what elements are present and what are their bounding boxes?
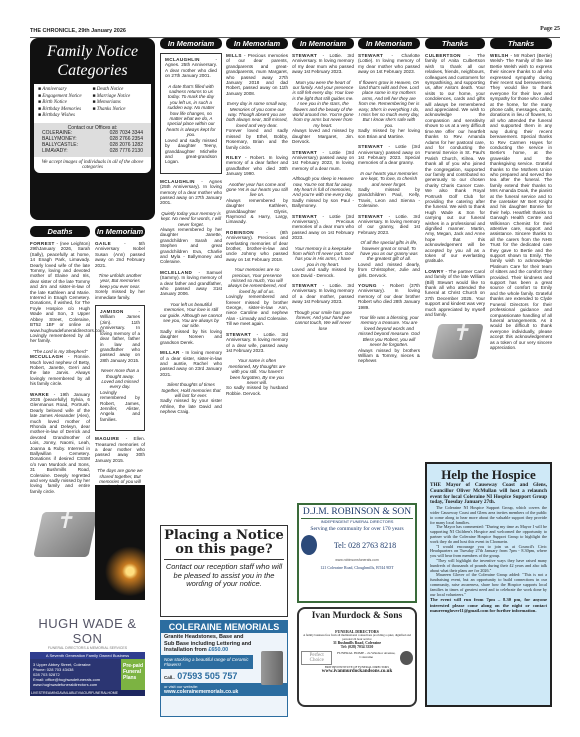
notice-signoff: So sadly missed by husband Robbie. Dervo… bbox=[226, 385, 288, 396]
notice-text: - Mr Robert (Bertie) Welsh- The Family o… bbox=[490, 53, 552, 350]
page-header: THE CHRONICLE, 29th January 2026 Page 25 bbox=[30, 28, 560, 38]
notice-name: LOWRY bbox=[425, 269, 444, 274]
notice-signoff: Lovingly remembered and forever missed b… bbox=[226, 294, 288, 326]
cm-title: COLERAINE MEMORIALS bbox=[161, 621, 287, 633]
notice-entry: STEWART - Charlotte (Lottie). In loving … bbox=[358, 53, 420, 139]
hugh-wade-ad: HUGH WADE & SON FUNERAL DIRECTORS & MEMO… bbox=[30, 600, 145, 705]
djm-address: 121 Coleraine Road, Cloughmills, BT44 9D… bbox=[301, 565, 413, 570]
notice-verse: Though your smile has gone forever, And … bbox=[292, 310, 354, 332]
notice-entry: MILLAR - In loving memory of a dear sist… bbox=[160, 350, 222, 414]
notice-entry: STEWART - Lottie (3rd Anniversary) passe… bbox=[358, 144, 420, 208]
notice-entry: GAILE - 5th Anniversary Isobel Susan (An… bbox=[95, 241, 145, 300]
notice-entry: YOUNG - Robert (37th Anniversary). In lo… bbox=[358, 283, 420, 364]
cm-phone[interactable]: 07593 505 757 bbox=[177, 671, 237, 681]
notice-entry: MILLS - Precious memories of our dear pa… bbox=[226, 53, 288, 150]
headstone-image bbox=[261, 651, 283, 685]
category-item: Thanks Notice bbox=[93, 107, 148, 114]
section-header-in-memoriam: In Memoriam bbox=[358, 38, 420, 49]
notice-name: MCLAUGHLIN bbox=[165, 57, 200, 62]
hugh-wade-tagline: A Seventh Generation Family Owned Busine… bbox=[30, 652, 145, 659]
notice-entry: STEWART - Lottie (3rd Anniversary) passe… bbox=[292, 150, 354, 209]
notice-signoff: Always loved and missed by daughter Marg… bbox=[292, 128, 354, 144]
notice-entry: STEWART - Lottie (3rd Anniversary). Prec… bbox=[292, 214, 354, 278]
notice-entry: MCLELLAND - Samuel (Sammy). In loving me… bbox=[160, 270, 222, 345]
notice-name: YOUNG bbox=[358, 283, 377, 288]
djm-serving: Serving the community for over 170 years bbox=[301, 526, 413, 532]
hospice-title: Help the Hospice bbox=[430, 467, 547, 483]
notice-name: MILLAR bbox=[160, 350, 180, 355]
hospice-paragraph: "I would encourage you to join us at Cou… bbox=[430, 545, 547, 559]
notice-name: CULBERTSON bbox=[425, 53, 461, 58]
contact-offices: Contact our Offices at: COLERAINE:028 70… bbox=[34, 123, 151, 158]
notice-verse: Your name is often mentioned, My thought… bbox=[226, 358, 288, 385]
notice-verse: Never more than a thought away. Loved an… bbox=[100, 368, 140, 390]
notice-signoff: Loved and missed dearly, from Christophe… bbox=[358, 262, 420, 278]
cm-stock: Now stocking a beautiful range of Cerami… bbox=[161, 655, 253, 669]
notice-entry: CULBERTSON - The family of Anita Culbert… bbox=[425, 53, 485, 264]
notice-text: - The partner Carol and family of the la… bbox=[425, 269, 485, 317]
notice-verse: Every day in some small way, Memories of… bbox=[226, 101, 288, 128]
notice-signoff: Forever loved and sadly missed by Ethel,… bbox=[226, 128, 288, 150]
ivan-desc: A family business free from all multinat… bbox=[301, 634, 413, 641]
notice-name: STEWART bbox=[292, 150, 317, 155]
notice-verse: In our hearts your memories are kept, To… bbox=[358, 171, 420, 187]
ivan-tel[interactable]: Tel: (028) 7034 3350 bbox=[301, 645, 413, 649]
notice-name: MAGUIRE bbox=[95, 436, 120, 441]
notice-signoff: Sadly missed by son Paul - Ballymoney. bbox=[292, 198, 354, 209]
hugh-wade-plans: Pre-paid Funeral Plans bbox=[121, 659, 145, 690]
notice-signoff: Loved and sadly missed by daughter Teeny… bbox=[165, 138, 217, 165]
notice-text: - (8th Anniversary). Precious and everla… bbox=[226, 230, 288, 262]
notice-text: - The family of Anita Culbertson wish to… bbox=[425, 53, 485, 263]
notice-verse: Of all the special gifts in life, howeve… bbox=[358, 240, 420, 262]
hugh-wade-sub: FUNERAL DIRECTORS & MEMORIAL SERVICES bbox=[30, 646, 145, 650]
notice-entry: STEWART - Lottie. 3rd Anniversary. In lo… bbox=[292, 53, 354, 145]
notice-name: WARKE bbox=[30, 392, 49, 397]
hospice-closing: The event will run from 7pm – 8.30 pm, f… bbox=[430, 597, 547, 613]
notice-signoff: Always remembered by daughter Kathleen, … bbox=[226, 198, 288, 225]
placing-body: Contact our reception staff who will be … bbox=[164, 563, 284, 589]
notice-name: STEWART bbox=[292, 283, 317, 288]
djm-tel[interactable]: Tel: 028 2763 8218 bbox=[317, 541, 413, 550]
djm-sub: INDEPENDENT FUNERAL DIRECTORS bbox=[301, 518, 413, 524]
section-header-deaths: Deaths bbox=[30, 226, 90, 237]
notice-name: MILLS bbox=[226, 53, 242, 58]
notice-text: - Ronnie. Much loved nephew of Betty, Ro… bbox=[30, 354, 90, 386]
notice-entry: WELSH - Mr Robert (Bertie) Welsh- The Fa… bbox=[490, 53, 552, 350]
bible-icon bbox=[431, 324, 483, 359]
notice-name: MCLAUGHLIN bbox=[160, 179, 195, 184]
notice-name: STEWART bbox=[358, 53, 383, 58]
notice-entry: MCCULLAGH - Ronnie. Much loved nephew of… bbox=[30, 354, 90, 386]
crest-icon bbox=[400, 651, 413, 665]
fnc-title-1: Family Notice bbox=[34, 42, 151, 61]
fnc-title-2: Categories bbox=[34, 61, 151, 80]
notice-verse: Silent thoughts of times together, Hold … bbox=[160, 382, 222, 398]
notice-entry: MCLAUGHLIN - Agnes. 25th Anniversary. A … bbox=[160, 53, 222, 174]
notice-text: - William James (Jim). 11th Anniversary.… bbox=[100, 309, 140, 363]
coleraine-memorials-ad: COLERAINE MEMORIALS Granite Headstones, … bbox=[160, 620, 288, 717]
notice-name: GAILE bbox=[95, 241, 111, 246]
bible-icon bbox=[33, 512, 98, 557]
hospice-paragraph: "They will highlight the inventive ways … bbox=[430, 559, 547, 573]
section-header-in-memoriam: In Memoriam bbox=[160, 38, 222, 49]
notice-name: JAMISON bbox=[100, 309, 124, 314]
notice-signoff: Sadly missed by her loving son Brian and… bbox=[358, 128, 420, 139]
hospice-paragraph: The Coleraine NI Hospice Support Group, … bbox=[430, 506, 547, 525]
notice-name: STEWART bbox=[292, 214, 317, 219]
notice-name: ROBINSON bbox=[226, 230, 254, 235]
notice-verse: Your life was a blessing, your memory a … bbox=[358, 315, 420, 347]
notice-signoff: Sadly missed by his loving daughter Nore… bbox=[160, 329, 222, 345]
notice-signoff: Lovingly remembered by Robert, James, Je… bbox=[100, 390, 140, 422]
memoriam-column-3: In Memoriam MCLAUGHLIN - Agnes. 25th Ann… bbox=[160, 38, 222, 420]
notice-entry: FORREST - (nee Leighton) 29thJanuary 202… bbox=[30, 241, 90, 354]
notice-signoff: Loved and sadly missed by son David - De… bbox=[292, 267, 354, 278]
notice-name: STEWART bbox=[226, 332, 251, 337]
ivan-murdock-ad: Ivan Murdock & Sons FUNERAL DIRECTORS A … bbox=[297, 607, 417, 707]
memoriam-column-4: In Memoriam MILLS - Precious memories of… bbox=[226, 38, 288, 401]
accept-images-note: We accept images of individuals in all o… bbox=[34, 157, 151, 173]
cm-website[interactable]: www.colerainememorials.co.uk bbox=[164, 689, 284, 695]
deaths-column: Deaths FORREST - (nee Leighton) 29thJanu… bbox=[30, 226, 90, 557]
notice-entry: MCLAUGHLIN - Agnes (25th Anniversary). I… bbox=[160, 179, 222, 265]
djm-robinson-ad: D.J.M. ROBINSON & SON INDEPENDENT FUNERA… bbox=[297, 503, 417, 603]
notice-verse: If flowers grow in Heaven, On land that'… bbox=[358, 80, 420, 129]
notice-name: RILEY bbox=[226, 155, 242, 160]
hospice-paragraph: The Mayor has commented: "During my time… bbox=[430, 525, 547, 544]
cm-price: £650.00 bbox=[208, 647, 228, 653]
hugh-wade-live: LIVESTREAMINGAVAILABLEVIAOURFUNERALHOME bbox=[30, 690, 145, 696]
notice-verse: Quietly today your memory is kept. No ne… bbox=[160, 211, 222, 227]
ivan-web[interactable]: www.ivanmurdockandsons.co.uk bbox=[301, 669, 413, 674]
notice-verse: Although you sleep in Heaven now, You're… bbox=[292, 176, 354, 198]
family-notice-categories: Family Notice Categories AnniversaryDeat… bbox=[30, 38, 155, 220]
notice-text: - (nee Leighton) 29thJanuary 2026, Sarah… bbox=[30, 241, 105, 343]
notice-name: MCCULLAGH bbox=[30, 354, 63, 359]
section-header-in-memoriam: In Memoriam bbox=[95, 226, 145, 237]
notice-signoff: Sadly missed by your sister Athline, the… bbox=[160, 398, 222, 414]
notice-entry: JAMISON - William James (Jim). 11th Anni… bbox=[95, 305, 145, 431]
notice-signoff: Sorely missed by her immediate family. bbox=[95, 289, 145, 300]
notice-signoff: Always missed by brothers William & Tomm… bbox=[358, 348, 420, 364]
office-phone[interactable]: 028 7776 2130 bbox=[110, 149, 143, 155]
notice-verse: Time unfolds another year, But memories … bbox=[95, 273, 145, 289]
crest-icon bbox=[301, 535, 317, 555]
candle-photo bbox=[95, 485, 145, 600]
notice-verse: Your left us beautiful memories, Your lo… bbox=[160, 302, 222, 329]
notice-entry: RILEY - Robert. In loving memory of a de… bbox=[226, 155, 288, 225]
hospice-lead: THE Mayor of Causeway Coast and Glens, C… bbox=[430, 483, 547, 506]
notice-text: - Precious memories of our dear parents,… bbox=[226, 53, 288, 96]
hugh-wade-name: HUGH WADE & SON bbox=[30, 616, 145, 646]
notice-entry: WARKE - 19th January 2026 (peacefully) S… bbox=[30, 392, 90, 495]
memoriam-column-6: In Memoriam STEWART - Charlotte (Lottie)… bbox=[358, 38, 420, 369]
hugh-wade-web[interactable]: www.hughwadefuneraldirectors.com bbox=[33, 682, 118, 687]
office-name: LIMAVADY: bbox=[42, 149, 68, 155]
memoriam-column-2: In Memoriam GAILE - 5th Anniversary Isob… bbox=[95, 226, 145, 516]
ivan-plan: Perfect Choice bbox=[301, 651, 332, 665]
notice-entry: STEWART - Lottie. 3rd Anniversary. In lo… bbox=[358, 214, 420, 278]
publication-title: THE CHRONICLE, 29th January 2026 bbox=[30, 28, 126, 34]
category-item: Birthday Wishes bbox=[38, 113, 93, 120]
section-header-thanks: Thanks bbox=[490, 38, 552, 49]
notice-name: STEWART bbox=[292, 53, 317, 58]
notice-signoff: Sadly missed by grandchildren Paul, Kell… bbox=[358, 187, 420, 209]
notice-verse: Mum you were the heart of our family. An… bbox=[292, 80, 354, 129]
hospice-paragraph: Maureen Glover of the Coleraine Group ad… bbox=[430, 573, 547, 597]
notice-name: STEWART bbox=[358, 214, 383, 219]
notice-entry: LOWRY - The partner Carol and family of … bbox=[425, 269, 485, 318]
notice-verse: Your memories are so precious, Your pres… bbox=[226, 267, 288, 294]
notice-verse: A date that's filled with sadness return… bbox=[165, 84, 217, 138]
cm-call-label: Call.. bbox=[164, 675, 175, 680]
ivan-home: FUNERAL HOME - 2a Windsor Avenue, Colera… bbox=[332, 651, 400, 665]
notice-name: FORREST bbox=[30, 241, 55, 246]
category-list: AnniversaryDeath NoticeEngagement Notice… bbox=[34, 84, 151, 123]
office-row: LIMAVADY:028 7776 2130 bbox=[42, 149, 143, 155]
notice-verse: Another year has come and gone Yet in ou… bbox=[226, 182, 288, 198]
notice-signoff: Always remembered by her daughter Janett… bbox=[160, 227, 222, 265]
notice-entry: STEWART - Lottie. 3rd Anniversary. In lo… bbox=[292, 283, 354, 331]
thanks-column-2: Thanks WELSH - Mr Robert (Bertie) Welsh-… bbox=[490, 38, 552, 355]
placing-notice-ad: Placing a Notice on this page? Contact o… bbox=[160, 525, 288, 617]
djm-web[interactable]: www.robinsonsfunerals.com bbox=[301, 558, 413, 562]
notice-name: MCLELLAND bbox=[160, 270, 192, 275]
memoriam-column-5: In Memoriam STEWART - Lottie. 3rd Annive… bbox=[292, 38, 354, 331]
djm-title: D.J.M. ROBINSON & SON bbox=[301, 507, 413, 517]
notice-entry: ROBINSON - (8th Anniversary). Precious a… bbox=[226, 230, 288, 327]
section-header-in-memoriam: In Memoriam bbox=[292, 38, 354, 49]
notice-verse: Your memory is a keepsake from which I'l… bbox=[292, 246, 354, 268]
notice-entry: STEWART - Lottie. 3rd Anniversary. In lo… bbox=[226, 332, 288, 396]
ivan-title: Ivan Murdock & Sons bbox=[301, 611, 413, 621]
notice-name: WELSH bbox=[490, 53, 509, 58]
section-header-in-memoriam: In Memoriam bbox=[226, 38, 288, 49]
page-number: Page 25 bbox=[540, 26, 560, 32]
help-the-hospice-article: Help the Hospice THE Mayor of Causeway C… bbox=[425, 462, 552, 707]
thanks-column-1: Thanks CULBERTSON - The family of Anita … bbox=[425, 38, 485, 359]
notice-name: STEWART bbox=[358, 144, 383, 149]
placing-title: Placing a Notice on this page? bbox=[164, 529, 284, 560]
notice-text: - 19th January 2026 (peacefully) Sylvia,… bbox=[30, 392, 90, 494]
section-header-thanks: Thanks bbox=[425, 38, 485, 49]
